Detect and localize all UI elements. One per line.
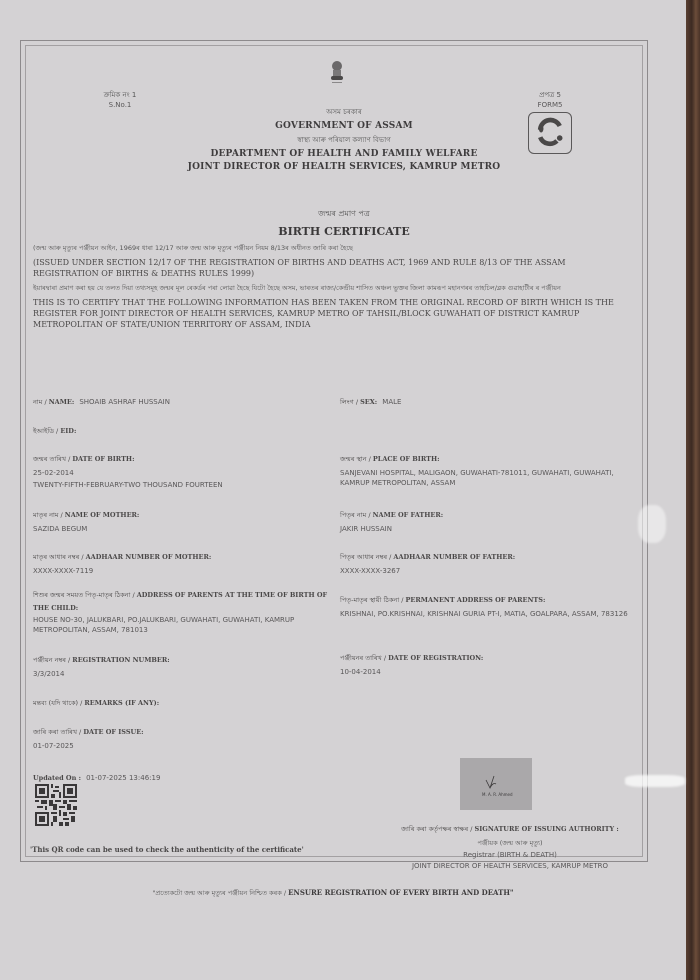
gov-en: GOVERNMENT OF ASSAM xyxy=(0,121,688,131)
remarks-label-bn: মন্তব্য (যদি থাকে) / xyxy=(33,699,84,707)
slogan: "প্ৰত্যেকটো জন্ম আৰু মৃত্যুৰ পঞ্জীয়ন নি… xyxy=(20,880,646,899)
mother-label: NAME OF MOTHER: xyxy=(65,511,140,519)
field-eid: ইআইডি / EID: xyxy=(33,418,313,437)
mother-value: SAZIDA BEGUM xyxy=(33,524,323,534)
sig-label-bn: জাৰি কৰা কৰ্তৃপক্ষৰ স্বাক্ষৰ / xyxy=(401,825,474,833)
sex-label-bn: লিংগ / xyxy=(340,398,360,406)
form-bn: প্ৰপত্ৰ 5 xyxy=(520,89,580,101)
field-pob: জন্মৰ স্থান / PLACE OF BIRTH: SANJEVANI … xyxy=(340,446,630,488)
title-block: জন্মৰ প্ৰমাণ পত্ৰ BIRTH CERTIFICATE xyxy=(0,208,688,238)
field-dob: জন্মৰ তাৰিখ / DATE OF BIRTH: 25-02-2014 … xyxy=(33,446,323,490)
pob-label: PLACE OF BIRTH: xyxy=(373,455,440,463)
reg-date-label-bn: পঞ্জীয়নৰ তাৰিখ / xyxy=(340,654,388,662)
svg-text:M. A. R. Ahmed: M. A. R. Ahmed xyxy=(482,792,513,797)
father-label-bn: পিতৃৰ নাম / xyxy=(340,511,373,519)
light-glare xyxy=(625,775,685,787)
field-mother: মাতৃৰ নাম / NAME OF MOTHER: SAZIDA BEGUM xyxy=(33,502,323,534)
field-name: নাম / NAME: SHOAIB ASHRAF HUSSAIN xyxy=(33,389,313,408)
signature-block: জাৰি কৰা কৰ্তৃপক্ষৰ স্বাক্ষৰ / SIGNATURE… xyxy=(360,816,660,871)
registrar-en: Registrar (BIRTH & DEATH) xyxy=(360,850,660,860)
certify-bn: ইয়াৰদ্বাৰা প্ৰমাণ কৰা হয় যে তলত দিয়া … xyxy=(33,283,633,293)
field-mother-aadhaar: মাতৃৰ আধাৰ নম্বৰ / AADHAAR NUMBER OF MOT… xyxy=(33,544,323,576)
pob-label-bn: জন্মৰ স্থান / xyxy=(340,455,373,463)
field-registration-number: পঞ্জীয়ন নম্বৰ / REGISTRATION NUMBER: 3/… xyxy=(33,647,323,679)
dept-en: DEPARTMENT OF HEALTH AND FAMILY WELFARE xyxy=(0,149,688,159)
registrar-bn: পঞ্জীয়ক (জন্ম আৰু মৃত্যু) xyxy=(360,838,660,849)
sex-value: MALE xyxy=(382,398,401,406)
updated-value: 01-07-2025 13:46:19 xyxy=(86,774,160,782)
address-birth-label-bn: শিশুৰ জন্মৰ সময়ত পিতৃ-মাতৃৰ ঠিকনা / xyxy=(33,591,137,599)
signature-stamp: M. A. R. Ahmed xyxy=(460,758,532,810)
field-father-aadhaar: পিতৃৰ আধাৰ নম্বৰ / AADHAAR NUMBER OF FAT… xyxy=(340,544,630,576)
address-perm-label: PERMANENT ADDRESS OF PARENTS: xyxy=(406,596,546,604)
dob-label-bn: জন্মৰ তাৰিখ / xyxy=(33,455,72,463)
address-birth-value: HOUSE NO-30, JALUKBARI, PO.JALUKBARI, GU… xyxy=(33,615,328,635)
certify-en: THIS IS TO CERTIFY THAT THE FOLLOWING IN… xyxy=(33,297,633,330)
reg-no-label-bn: পঞ্জীয়ন নম্বৰ / xyxy=(33,656,72,664)
name-label-bn: নাম / xyxy=(33,398,49,406)
dept-bn: স্বাস্থ্য আৰু পৰিয়াল কল্যাণ বিভাগ xyxy=(0,134,688,146)
gov-bn: অসম চৰকাৰ xyxy=(0,106,688,118)
qr-code[interactable] xyxy=(35,784,77,826)
dob-label: DATE OF BIRTH: xyxy=(72,455,134,463)
mother-label-bn: মাতৃৰ নাম / xyxy=(33,511,65,519)
field-sex: লিংগ / SEX: MALE xyxy=(340,389,620,408)
eid-label: EID: xyxy=(60,427,76,435)
address-perm-label-bn: পিতৃ-মাতৃৰ স্থায়ী ঠিকনা / xyxy=(340,596,406,604)
sig-label: SIGNATURE OF ISSUING AUTHORITY : xyxy=(475,825,619,833)
qr-note: 'This QR code can be used to check the a… xyxy=(30,845,320,855)
eid-label-bn: ইআইডি / xyxy=(33,427,60,435)
name-value: SHOAIB ASHRAF HUSSAIN xyxy=(79,398,170,406)
pob-value: SANJEVANI HOSPITAL, MALIGAON, GUWAHATI-7… xyxy=(340,468,630,488)
national-emblem-icon xyxy=(329,60,345,86)
father-label: NAME OF FATHER: xyxy=(373,511,444,519)
father-aadhaar-label-bn: পিতৃৰ আধাৰ নম্বৰ / xyxy=(340,553,393,561)
mother-aadhaar-value: XXXX-XXXX-7119 xyxy=(33,566,323,576)
mother-aadhaar-label-bn: মাতৃৰ আধাৰ নম্বৰ / xyxy=(33,553,86,561)
remarks-label: REMARKS (IF ANY): xyxy=(84,699,159,707)
header-block: অসম চৰকাৰ GOVERNMENT OF ASSAM স্বাস্থ্য … xyxy=(0,106,688,172)
title-bn: জন্মৰ প্ৰমাণ পত্ৰ xyxy=(0,208,688,221)
father-aadhaar-label: AADHAAR NUMBER OF FATHER: xyxy=(393,553,515,561)
updated-on: Updated On : 01-07-2025 13:46:19 xyxy=(33,765,323,784)
reg-date-label: DATE OF REGISTRATION: xyxy=(388,654,483,662)
issued-bn: (জন্ম আৰু মৃত্যুৰ পঞ্জীয়ন আইন, 1969ৰ ধা… xyxy=(33,243,633,253)
signature-icon: M. A. R. Ahmed xyxy=(460,758,532,810)
reg-no-label: REGISTRATION NUMBER: xyxy=(72,656,169,664)
field-registration-date: পঞ্জীয়নৰ তাৰিখ / DATE OF REGISTRATION: … xyxy=(340,645,630,677)
office-en: JOINT DIRECTOR OF HEALTH SERVICES, KAMRU… xyxy=(0,162,688,172)
father-value: JAKIR HUSSAIN xyxy=(340,524,630,534)
field-address-birth: শিশুৰ জন্মৰ সময়ত পিতৃ-মাতৃৰ ঠিকনা / ADD… xyxy=(33,587,328,635)
address-perm-value: KRISHNAI, PO.KRISHNAI, KRISHNAI GURIA PT… xyxy=(340,609,630,619)
serial-bn: ক্ৰমিক নং 1 xyxy=(95,89,145,101)
reg-date-value: 10-04-2014 xyxy=(340,667,630,677)
issue-date-label: DATE OF ISSUE: xyxy=(83,728,143,736)
title-en: BIRTH CERTIFICATE xyxy=(0,225,688,238)
issue-date-value: 01-07-2025 xyxy=(33,741,323,751)
field-issue-date: জাৰি কৰা তাৰিখ / DATE OF ISSUE: 01-07-20… xyxy=(33,719,323,751)
mother-aadhaar-label: AADHAAR NUMBER OF MOTHER: xyxy=(86,553,212,561)
field-address-permanent: পিতৃ-মাতৃৰ স্থায়ী ঠিকনা / PERMANENT ADD… xyxy=(340,587,630,619)
field-remarks: মন্তব্য (যদি থাকে) / REMARKS (IF ANY): xyxy=(33,690,323,709)
name-label: NAME: xyxy=(49,398,75,406)
field-father: পিতৃৰ নাম / NAME OF FATHER: JAKIR HUSSAI… xyxy=(340,502,630,534)
dob-value: 25-02-2014 xyxy=(33,468,323,478)
registrar-office: JOINT DIRECTOR OF HEALTH SERVICES, KAMRU… xyxy=(360,861,660,871)
table-surface xyxy=(686,0,700,980)
issued-en: (ISSUED UNDER SECTION 12/17 OF THE REGIS… xyxy=(33,257,633,279)
slogan-bn: "প্ৰত্যেকটো জন্ম আৰু মৃত্যুৰ পঞ্জীয়ন নি… xyxy=(152,889,288,897)
sex-label: SEX: xyxy=(360,398,377,406)
reg-no-value: 3/3/2014 xyxy=(33,669,323,679)
father-aadhaar-value: XXXX-XXXX-3267 xyxy=(340,566,630,576)
slogan-en: ENSURE REGISTRATION OF EVERY BIRTH AND D… xyxy=(288,888,513,897)
legal-preamble: (জন্ম আৰু মৃত্যুৰ পঞ্জীয়ন আইন, 1969ৰ ধা… xyxy=(33,243,633,330)
light-glare xyxy=(638,505,666,543)
updated-label: Updated On : xyxy=(33,774,81,782)
issue-date-label-bn: জাৰি কৰা তাৰিখ / xyxy=(33,728,83,736)
dob-words: TWENTY-FIFTH-FEBRUARY-TWO THOUSAND FOURT… xyxy=(33,480,323,490)
